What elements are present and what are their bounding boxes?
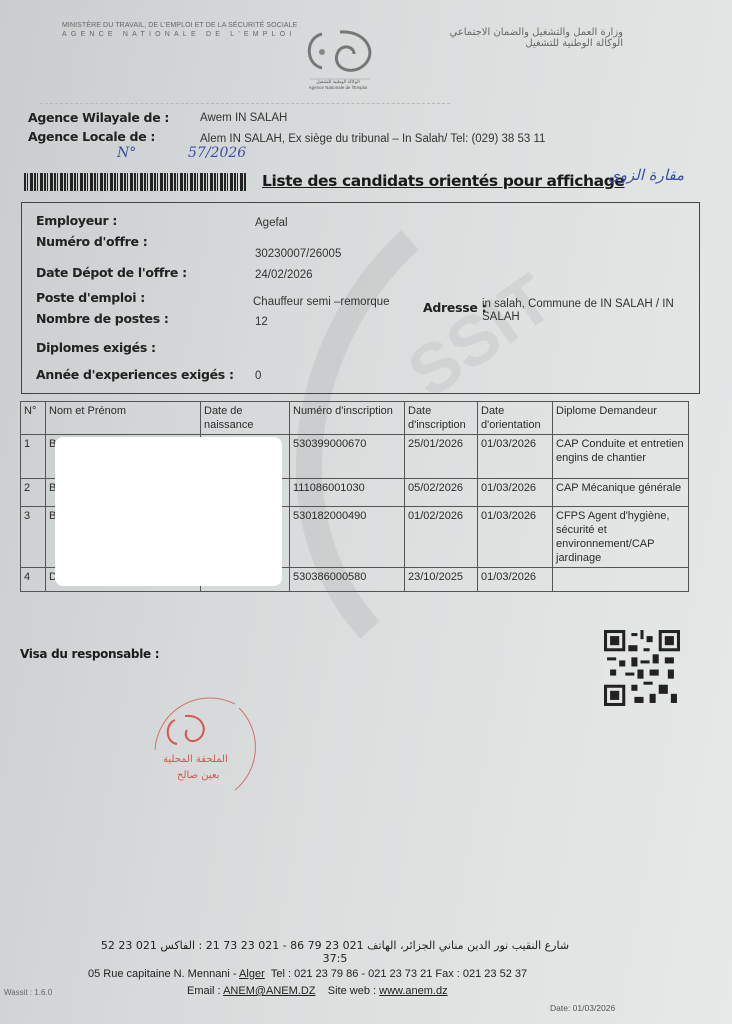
registration-date: 01/02/2026 (405, 507, 478, 568)
registration-date: 05/02/2026 (405, 479, 478, 507)
locale-label: Agence Locale de : (28, 129, 155, 144)
orientation-date: 01/03/2026 (478, 568, 553, 592)
ministry-header-fr: MINISTÈRE DU TRAVAIL, DE L'EMPLOI ET DE … (62, 22, 297, 38)
posts-label: Nombre de postes : (36, 311, 169, 326)
orientation-date: 01/03/2026 (478, 507, 553, 568)
footer-contact: Email : ANEM@ANEM.DZ Site web : www.anem… (187, 985, 448, 997)
row-number: 2 (21, 479, 46, 507)
diploma (553, 568, 689, 592)
qr-code-icon (604, 630, 680, 706)
logo-caption: الوكالة الوطنية للتشغيل Agence Nationale… (288, 79, 388, 90)
orientation-date: 01/03/2026 (478, 435, 553, 479)
diploma: CAP Mécanique générale (553, 479, 689, 507)
row-number: 4 (21, 568, 46, 592)
position-value: Chauffeur semi –remorque (253, 296, 390, 308)
handwritten-title-ar: مقارة الزوي (608, 166, 684, 184)
address-value: in salah, Commune de IN SALAH / IN SALAH (482, 298, 697, 324)
col-birth-date: Date de naissance (201, 402, 290, 435)
email-label: Email : (187, 985, 223, 997)
registration-number: 530182000490 (290, 507, 405, 568)
row-number: 1 (21, 435, 46, 479)
position-label: Poste d'emploi : (36, 290, 145, 305)
address-label: Adresse : (423, 300, 486, 315)
official-stamp-icon: الملحقة المحلية بعين صالح (135, 690, 263, 800)
visa-label: Visa du responsable : (20, 647, 159, 661)
footer-street: 05 Rue capitaine N. Mennani - (88, 968, 239, 980)
print-date: Date: 01/03/2026 (550, 1003, 615, 1013)
employer-label: Employeur : (36, 213, 117, 228)
offer-number-value: 30230007/26005 (255, 248, 341, 260)
footer-address-ar: شارع النقيب نور الدين مناني الجزائر، اله… (90, 939, 580, 965)
col-orientation-date: Date d'orientation (478, 402, 553, 435)
handwritten-ref-number: 57/2026 (188, 145, 246, 161)
website-link[interactable]: www.anem.dz (379, 985, 447, 997)
deposit-date-label: Date Dépot de l'offre : (36, 265, 187, 280)
ministry-name-ar: وزارة العمل والتشغيل والضمان الاجتماعي (405, 27, 623, 38)
posts-value: 12 (255, 316, 268, 328)
logo-caption-fr: Agence Nationale de l'Emploi (288, 85, 388, 90)
locale-value: Alem IN SALAH, Ex siège du tribunal – In… (200, 133, 545, 145)
registration-number: 111086001030 (290, 479, 405, 507)
wilayale-label: Agence Wilayale de : (28, 110, 169, 125)
email-link[interactable]: ANEM@ANEM.DZ (223, 985, 315, 997)
ministry-header-ar: وزارة العمل والتشغيل والضمان الاجتماعي ا… (405, 27, 623, 49)
site-label: Site web : (328, 985, 379, 997)
col-name: Nom et Prénom (46, 402, 201, 435)
diploma: CAP Conduite et entretien engins de chan… (553, 435, 689, 479)
ministry-name-fr: MINISTÈRE DU TRAVAIL, DE L'EMPLOI ET DE … (62, 22, 297, 29)
col-diploma: Diplome Demandeur (553, 402, 689, 435)
registration-date: 23/10/2025 (405, 568, 478, 592)
col-registration-date: Date d'inscription (405, 402, 478, 435)
row-number: 3 (21, 507, 46, 568)
agency-name-ar: الوكالة الوطنية للتشغيل (405, 38, 623, 49)
redaction-overlay (55, 437, 282, 586)
table-header-row: N° Nom et Prénom Date de naissance Numér… (21, 402, 689, 435)
experience-value: 0 (255, 370, 261, 382)
footer-city: Alger (239, 968, 265, 980)
deposit-date-value: 24/02/2026 (255, 269, 313, 281)
software-version: Wassit : 1.6.0 (4, 988, 52, 997)
employer-value: Agefal (255, 217, 288, 229)
wilayale-value: Awem IN SALAH (200, 112, 287, 124)
orientation-date: 01/03/2026 (478, 479, 553, 507)
col-registration-number: Numéro d'inscription (290, 402, 405, 435)
col-number: N° (21, 402, 46, 435)
offer-details-box: Employeur : Agefal Numéro d'offre : 3023… (21, 202, 700, 394)
registration-date: 25/01/2026 (405, 435, 478, 479)
svg-text:بعين صالح: بعين صالح (177, 770, 219, 781)
header-divider (40, 103, 450, 104)
footer-address-fr: 05 Rue capitaine N. Mennani - Alger Tel … (88, 968, 527, 980)
agency-name-fr: AGENCE NATIONALE DE L'EMPLOI (62, 31, 297, 38)
experience-label: Année d'experiences exigés : (36, 367, 234, 382)
diplomas-label: Diplomes exigés : (36, 340, 156, 355)
offer-number-label: Numéro d'offre : (36, 234, 147, 249)
barcode-icon (24, 173, 246, 191)
document-title: Liste des candidats orientés pour affich… (262, 172, 625, 190)
registration-number: 530399000670 (290, 435, 405, 479)
svg-text:الملحقة المحلية: الملحقة المحلية (163, 754, 228, 765)
registration-number: 530386000580 (290, 568, 405, 592)
handwritten-ref-prefix: N° (117, 145, 136, 161)
diploma: CFPS Agent d'hygiène, sécurité et enviro… (553, 507, 689, 568)
footer-phones: Tel : 021 23 79 86 - 021 23 73 21 Fax : … (271, 968, 527, 980)
